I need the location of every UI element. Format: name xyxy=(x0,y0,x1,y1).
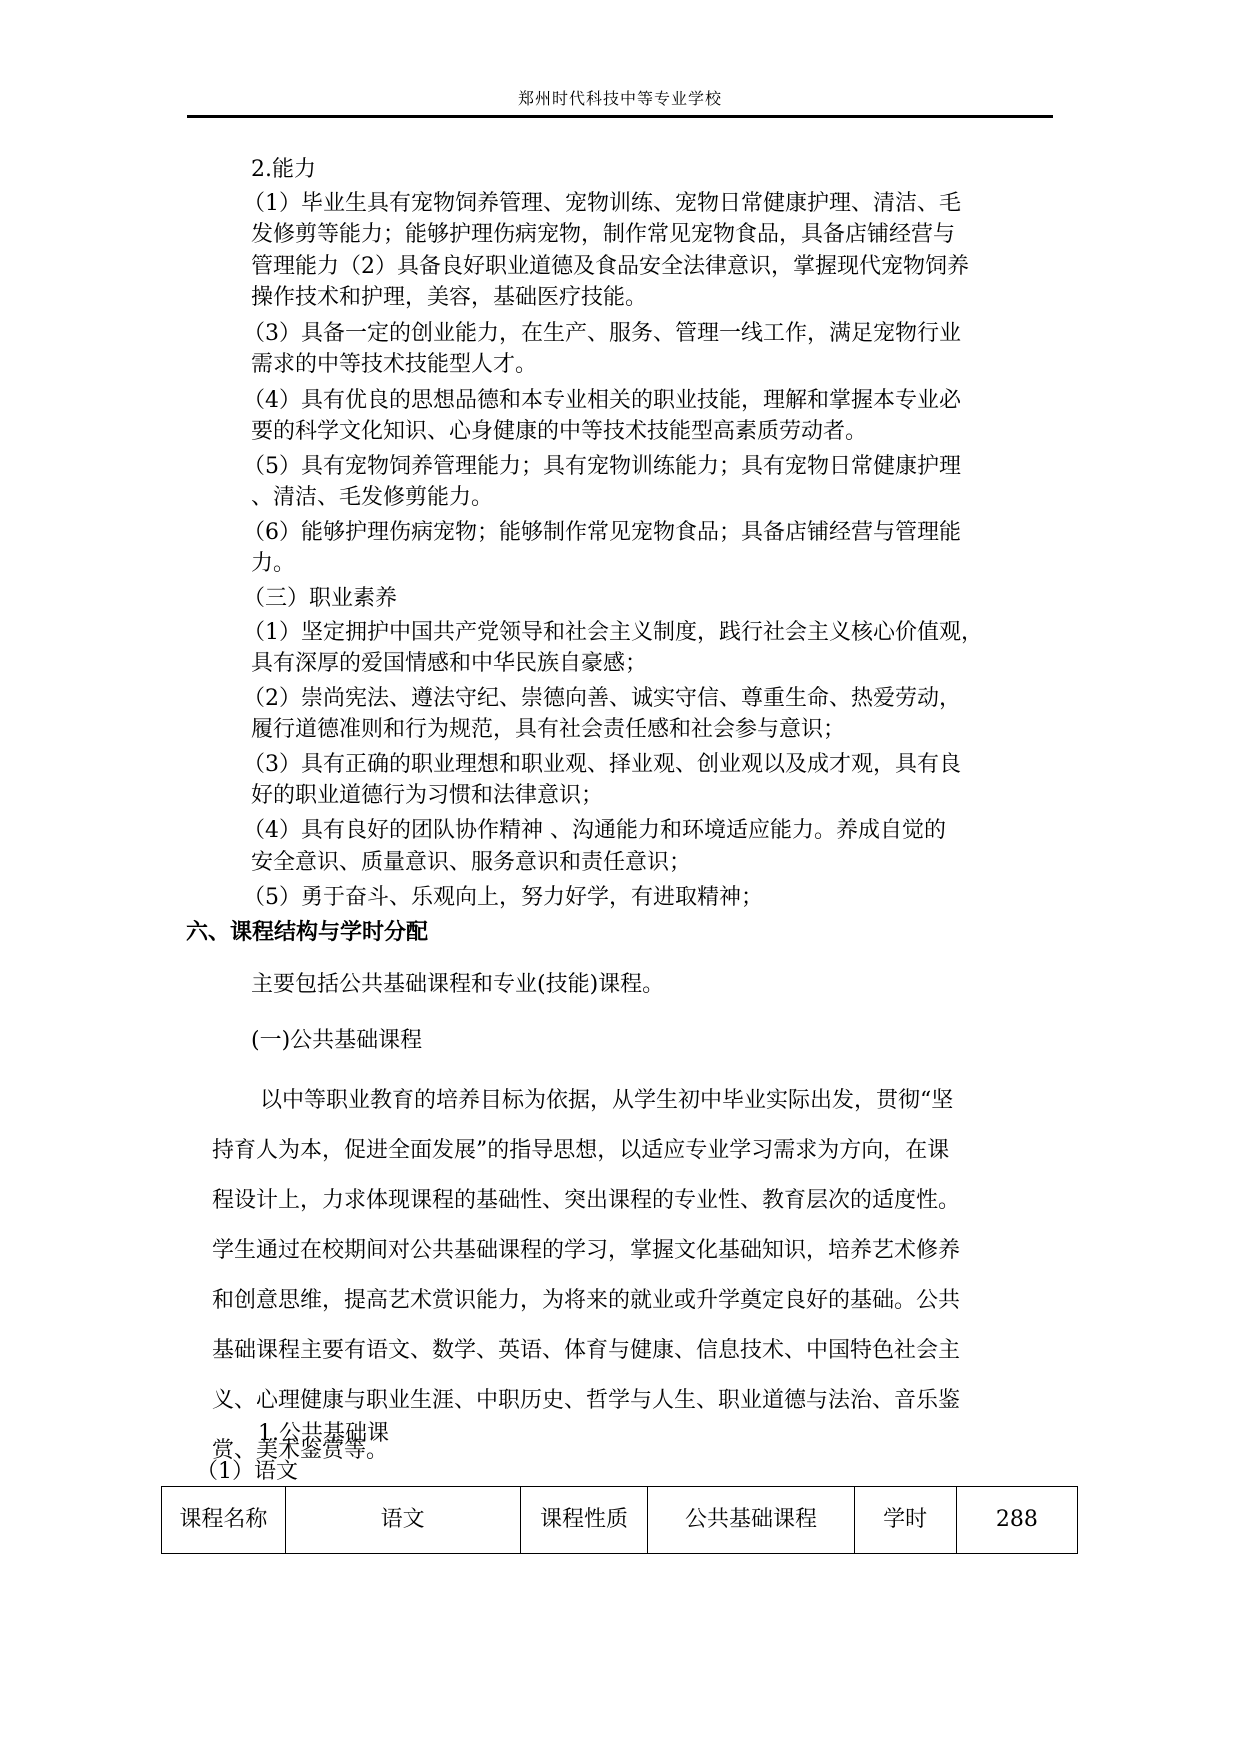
section-heading-course-structure: 六、课程结构与学时分配 xyxy=(186,918,428,948)
paragraph-line: 要的科学文化知识、心身健康的中等技术技能型高素质劳动者。 xyxy=(251,417,867,447)
paragraph-line: 以中等职业教育的培养目标为依据，从学生初中毕业实际出发，贯彻“坚 xyxy=(260,1086,953,1116)
paragraph-line: （5）勇于奋斗、乐观向上，努力好学，有进取精神； xyxy=(243,883,763,913)
header-rule xyxy=(187,115,1053,118)
paragraph-line: 安全意识、质量意识、服务意识和责任意识； xyxy=(251,848,691,878)
paragraph-line: 和创意思维，提高艺术赏识能力，为将来的就业或升学奠定良好的基础。公共 xyxy=(212,1286,960,1316)
course-item-chinese: （1）语文 xyxy=(196,1457,298,1487)
table-row: 课程名称 语文 课程性质 公共基础课程 学时 288 xyxy=(162,1487,1078,1554)
sub-item-public-basic-course: 1.公共基础课 xyxy=(258,1419,389,1449)
paragraph-line: （3）具有正确的职业理想和职业观、择业观、创业观以及成才观，具有良 xyxy=(243,750,961,780)
paragraph-line: （4）具有良好的团队协作精神 、沟通能力和环境适应能力。养成自觉的 xyxy=(243,816,946,846)
paragraph-line: 、清洁、毛发修剪能力。 xyxy=(251,483,493,513)
paragraph-line: 义、心理健康与职业生涯、中职历史、哲学与人生、职业道德与法治、音乐鉴 xyxy=(212,1386,960,1416)
section-heading-ability: 2.能力 xyxy=(251,155,316,185)
paragraph-line: 程设计上，力求体现课程的基础性、突出课程的专业性、教育层次的适度性。 xyxy=(212,1186,960,1216)
paragraph-line: 持育人为本，促进全面发展”的指导思想，以适应专业学习需求为方向，在课 xyxy=(212,1136,949,1166)
paragraph-line: （1）坚定拥护中国共产党领导和社会主义制度，践行社会主义核心价值观， xyxy=(243,618,983,648)
page-header-title: 郑州时代科技中等专业学校 xyxy=(187,86,1053,109)
paragraph-line: （4）具有优良的思想品德和本专业相关的职业技能，理解和掌握本专业必 xyxy=(243,386,961,416)
paragraph-line: （3）具备一定的创业能力，在生产、服务、管理一线工作，满足宠物行业 xyxy=(243,319,961,349)
paragraph-line: （6）能够护理伤病宠物；能够制作常见宠物食品；具备店铺经营与管理能 xyxy=(243,518,961,548)
paragraph-line: 力。 xyxy=(251,549,295,579)
paragraph-line: 履行道德准则和行为规范，具有社会责任感和社会参与意识； xyxy=(251,715,845,745)
table-cell-label-course-name: 课程名称 xyxy=(162,1487,286,1554)
paragraph-line: 发修剪等能力；能够护理伤病宠物，制作常见宠物食品，具备店铺经营与 xyxy=(251,220,955,250)
course-info-table: 课程名称 语文 课程性质 公共基础课程 学时 288 xyxy=(161,1486,1078,1554)
table-cell-course-type: 公共基础课程 xyxy=(648,1487,854,1554)
paragraph-line: 具有深厚的爱国情感和中华民族自豪感； xyxy=(251,649,647,679)
paragraph-line: （5）具有宠物饲养管理能力；具有宠物训练能力；具有宠物日常健康护理 xyxy=(243,452,961,482)
paragraph-line: 学生通过在校期间对公共基础课程的学习，掌握文化基础知识，培养艺术修养 xyxy=(212,1236,960,1266)
paragraph-line: 操作技术和护理，美容，基础医疗技能。 xyxy=(251,283,647,313)
table-cell-course-name: 语文 xyxy=(285,1487,520,1554)
subheading-public-basic-courses: (一)公共基础课程 xyxy=(251,1026,422,1056)
paragraph-line: 基础课程主要有语文、数学、英语、体育与健康、信息技术、中国特色社会主 xyxy=(212,1336,960,1366)
paragraph-line: （2）崇尚宪法、遵法守纪、崇德向善、诚实守信、尊重生命、热爱劳动， xyxy=(243,684,961,714)
section-heading-professional-quality: （三）职业素养 xyxy=(243,584,397,614)
paragraph-line: 需求的中等技术技能型人才。 xyxy=(251,350,537,380)
paragraph-line: 管理能力（2）具备良好职业道德及食品安全法律意识，掌握现代宠物饲养 xyxy=(251,252,969,282)
table-cell-label-course-type: 课程性质 xyxy=(520,1487,648,1554)
paragraph-line: 好的职业道德行为习惯和法律意识； xyxy=(251,781,603,811)
paragraph-line: （1）毕业生具有宠物饲养管理、宠物训练、宠物日常健康护理、清洁、毛 xyxy=(243,189,961,219)
table-cell-label-hours: 学时 xyxy=(854,1487,956,1554)
section-intro: 主要包括公共基础课程和专业(技能)课程。 xyxy=(251,970,664,1000)
table-cell-hours: 288 xyxy=(956,1487,1077,1554)
